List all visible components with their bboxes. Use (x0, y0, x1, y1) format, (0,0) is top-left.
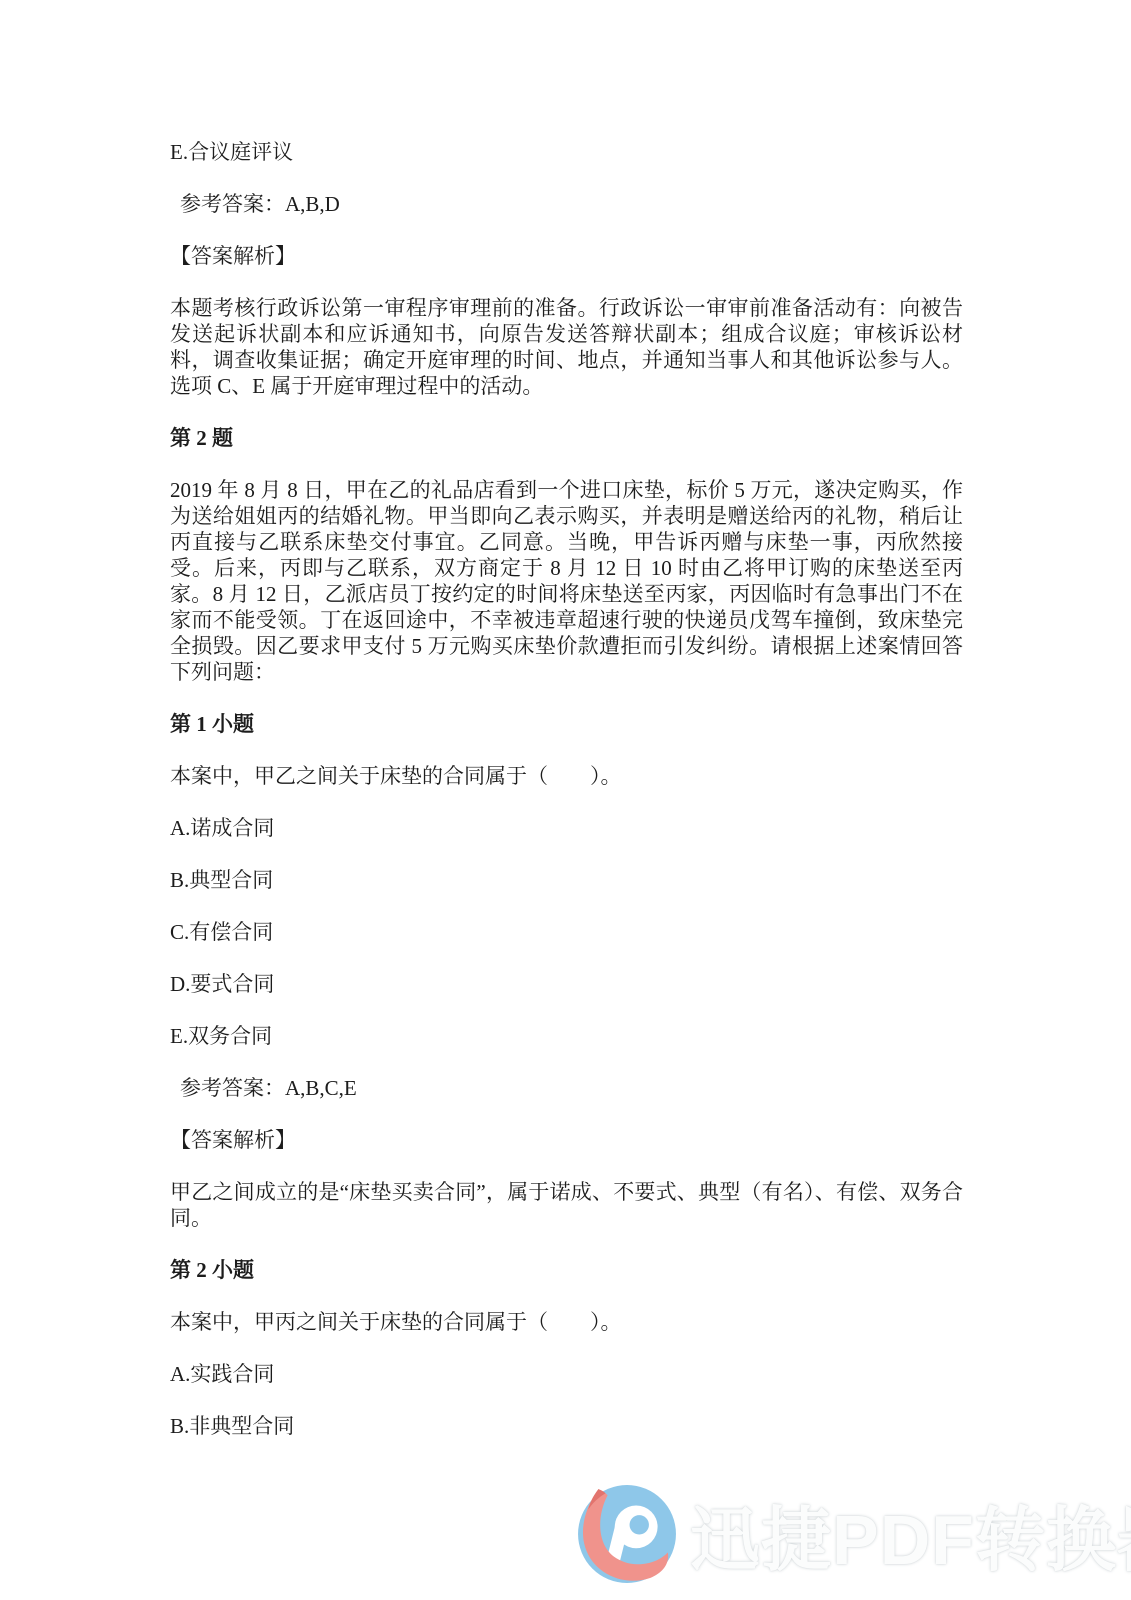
q2-sub1-option-d: D.要式合同 (170, 971, 963, 997)
q1-answer-line: 参考答案：A,B,D (170, 191, 963, 217)
watermark: 迅捷PDF转换器 (576, 1483, 1131, 1585)
q2-sub1-option-a: A.诺成合同 (170, 815, 963, 841)
q2-sub1-analysis-title: 【答案解析】 (170, 1127, 963, 1153)
q2-sub2-title: 第 2 小题 (170, 1257, 963, 1283)
q2-sub2-option-a: A.实践合同 (170, 1361, 963, 1387)
q2-sub2-option-b: B.非典型合同 (170, 1413, 963, 1439)
document-content: E.合议庭评议 参考答案：A,B,D 【答案解析】 本题考核行政诉讼第一审程序审… (0, 0, 1131, 1465)
watermark-text: 迅捷PDF转换器 (690, 1484, 1131, 1585)
q2-sub1-question: 本案中，甲乙之间关于床垫的合同属于（ ）。 (170, 763, 963, 789)
q2-sub1-option-e: E.双务合同 (170, 1023, 963, 1049)
document-page: E.合议庭评议 参考答案：A,B,D 【答案解析】 本题考核行政诉讼第一审程序审… (0, 0, 1131, 1600)
q1-analysis-title: 【答案解析】 (170, 243, 963, 269)
q2-sub1-option-c: C.有偿合同 (170, 919, 963, 945)
q2-stem: 2019 年 8 月 8 日，甲在乙的礼品店看到一个进口床垫，标价 5 万元，遂… (170, 477, 963, 685)
q2-sub1-title: 第 1 小题 (170, 711, 963, 737)
q2-sub1-answer-line: 参考答案：A,B,C,E (170, 1075, 963, 1101)
q2-sub1-option-b: B.典型合同 (170, 867, 963, 893)
q2-title: 第 2 题 (170, 425, 963, 451)
q1-analysis-text: 本题考核行政诉讼第一审程序审理前的准备。行政诉讼一审审前准备活动有：向被告发送起… (170, 295, 963, 399)
pdf-converter-logo-icon (576, 1483, 678, 1585)
q2-sub2-question: 本案中，甲丙之间关于床垫的合同属于（ ）。 (170, 1309, 963, 1335)
q1-option-e: E.合议庭评议 (170, 139, 963, 165)
q2-sub1-analysis-text: 甲乙之间成立的是“床垫买卖合同”，属于诺成、不要式、典型（有名）、有偿、双务合同… (170, 1179, 963, 1231)
